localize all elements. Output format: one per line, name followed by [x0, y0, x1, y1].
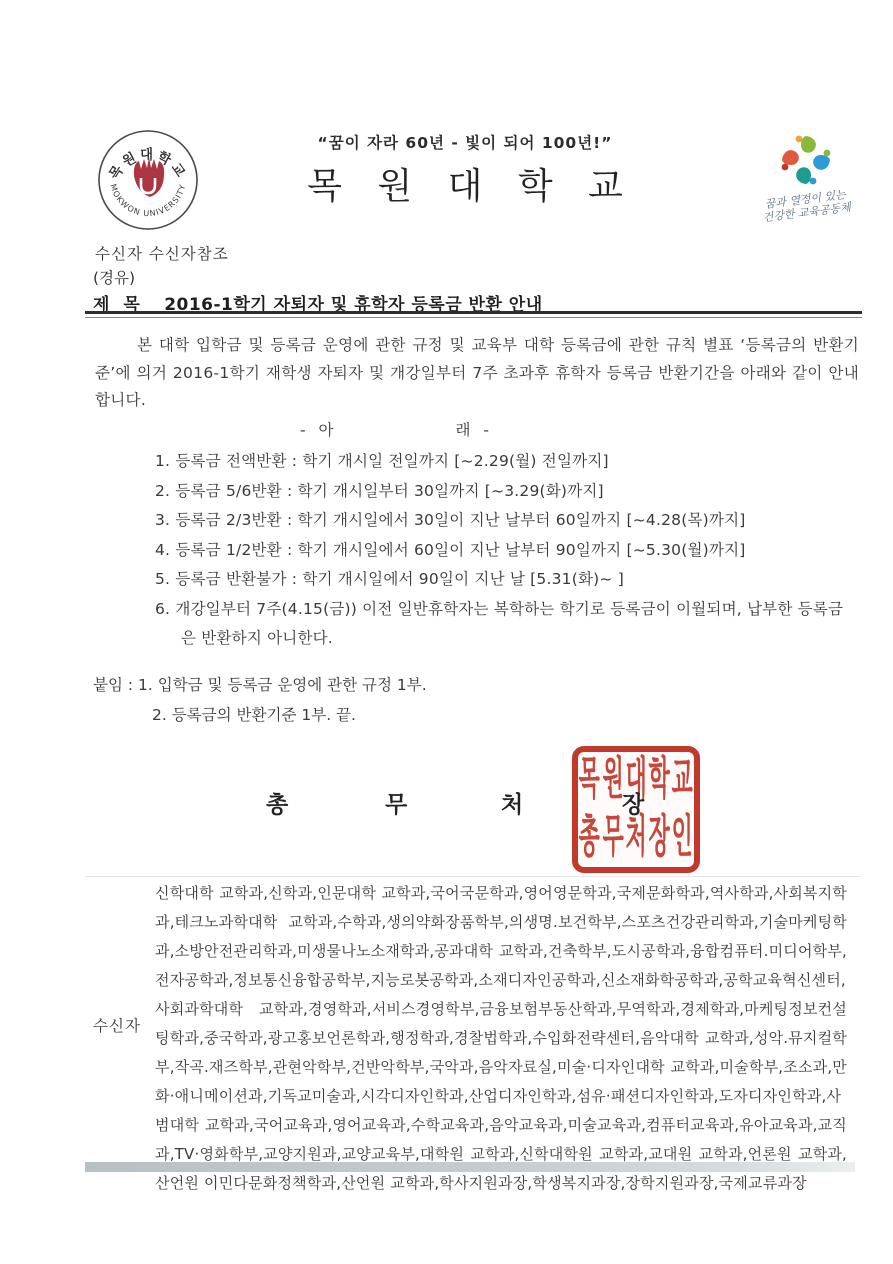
header-slogan: “꿈이 자라 60년 - 빛이 되어 100년!”: [250, 131, 680, 153]
seal-char: 목: [579, 758, 600, 803]
seal-char: 학: [649, 758, 670, 803]
recipients-top-rule: [85, 876, 860, 877]
list-item: 6. 개강일부터 7주(4.15(금)) 이전 일반휴학자는 복학하는 학기로 …: [155, 595, 855, 654]
attachment-line1: 붙임 : 1. 입학금 및 등록금 운영에 관한 규정 1부.: [93, 670, 427, 700]
university-title: 목 원 대 학 교: [250, 158, 680, 209]
signature-char: 무: [385, 786, 407, 819]
recipients-label: 수신자: [93, 1014, 141, 1036]
list-item: 4. 등록금 1/2반환 : 학기 개시일에서 60일이 지난 날부터 90일까…: [155, 536, 855, 566]
subject-divider-thick: [85, 311, 862, 314]
seal-char: 교: [672, 758, 693, 803]
seal-char: 총: [579, 816, 600, 861]
seal-char: 무: [602, 816, 623, 861]
refund-item-list: 1. 등록금 전액반환 : 학기 개시일 전일까지 [~2.29(월) 전일까지…: [155, 447, 855, 654]
list-item: 3. 등록금 2/3반환 : 학기 개시일에서 30일이 지난 날부터 60일까…: [155, 506, 855, 536]
signature-char: 총: [266, 786, 288, 819]
footer-scan-bar: [85, 1162, 855, 1172]
signature-char: 장: [622, 786, 644, 819]
recipients-list: 신학대학 교학과,신학과,인문대학 교학과,국어국문학과,영어영문학과,국제문화…: [155, 879, 847, 1198]
list-item: 1. 등록금 전액반환 : 학기 개시일 전일까지 [~2.29(월) 전일까지…: [155, 447, 855, 477]
arae-separator: - 아 래 -: [300, 418, 493, 440]
university-emblem: 목원대학교 MOKWON UNIVERSITY: [96, 128, 200, 232]
brand-swirl-icon: [779, 133, 833, 187]
seal-char: 처: [625, 816, 646, 861]
list-item: 5. 등록금 반환불가 : 학기 개시일에서 90일이 지난 날 [5.31(화…: [155, 565, 855, 595]
seal-char: 인: [672, 816, 693, 861]
recipient-line: 수신자 수신자참조: [95, 242, 229, 264]
attachment-line2: 2. 등록금의 반환기준 1부. 끝.: [93, 700, 427, 730]
arae-right: 래 -: [456, 418, 494, 440]
attachment-block: 붙임 : 1. 입학금 및 등록금 운영에 관한 규정 1부. 2. 등록금의 …: [93, 670, 427, 730]
scanned-official-document: 목원대학교 MOKWON UNIVERSITY “꿈이 자라 60년 - 빛이 …: [0, 0, 893, 1264]
brand-logo: 꿈과 열정이 있는 건강한 교육공동체: [752, 133, 860, 233]
arae-left: - 아: [300, 418, 338, 440]
list-item: 2. 등록금 5/6반환 : 학기 개시일부터 30일까지 [~3.29(화)까…: [155, 477, 855, 507]
subject-divider-thin: [85, 317, 862, 318]
university-emblem-icon: 목원대학교 MOKWON UNIVERSITY: [96, 128, 200, 232]
via-line: (경유): [93, 266, 135, 288]
signature-char: 처: [501, 786, 523, 819]
seal-char: 장: [649, 816, 670, 861]
body-paragraph: 본 대학 입학금 및 등록금 운영에 관한 규정 및 교육부 대학 등록금에 관…: [95, 332, 859, 415]
seal-char: 원: [602, 758, 623, 803]
